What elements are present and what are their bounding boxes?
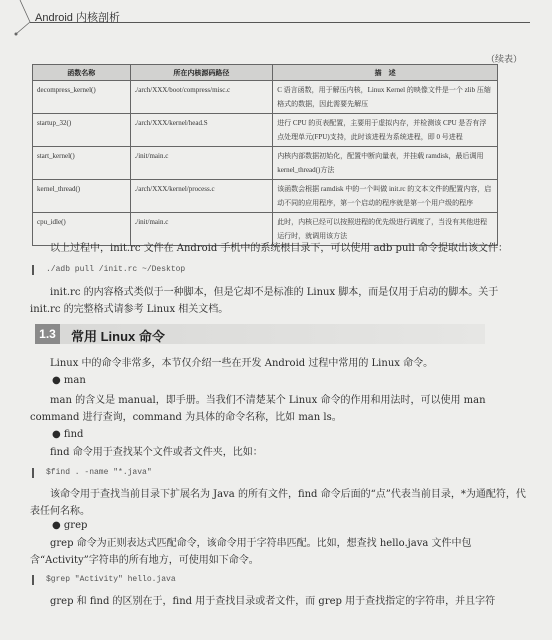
paragraph: grep 和 find 的区别在于，find 用于查找目录或者文件，而 grep… xyxy=(30,593,526,610)
source-path: ./init/main.c xyxy=(130,147,273,180)
code-block: $find . -name "*.java" xyxy=(30,468,542,477)
bullet-label: man xyxy=(64,375,86,386)
description: 内核内部数据初始化，配置中断向量表，并挂载 ramdisk，最后调用 kerne… xyxy=(273,147,498,180)
section-heading: 1.3 常用 Linux 命令 xyxy=(35,324,485,344)
bullet-label: grep xyxy=(64,520,88,531)
function-name: kernel_thread() xyxy=(33,180,131,213)
paragraph: init.rc 的内容格式类似于一种脚本，但是它却不是标准的 Linux 脚本，… xyxy=(30,284,526,318)
bullet-item: ● grep xyxy=(52,520,87,531)
table-header-row: 函数名称 所在内核源码路径 描 述 xyxy=(33,65,498,81)
section-number: 1.3 xyxy=(35,324,60,344)
code-block: $grep "Activity" hello.java xyxy=(30,575,542,584)
page-header: Android 内核剖析 xyxy=(0,0,552,40)
paragraph: man 的含义是 manual，即手册。当我们不清楚某个 Linux 命令的作用… xyxy=(30,392,526,426)
table-row: start_kernel() ./init/main.c 内核内部数据初始化，配… xyxy=(33,147,498,180)
corner-decoration-icon xyxy=(0,0,40,40)
kernel-function-table: 函数名称 所在内核源码路径 描 述 decompress_kernel() ./… xyxy=(32,64,498,246)
section-title: 常用 Linux 命令 xyxy=(71,326,165,345)
bullet-label: find xyxy=(64,429,84,440)
table-row: decompress_kernel() ./arch/XXX/boot/comp… xyxy=(33,81,498,114)
paragraph: 以上过程中，init.rc 文件在 Android 手机中的系统根目录下，可以使… xyxy=(30,240,526,257)
column-header: 函数名称 xyxy=(33,65,131,81)
description: C 语言函数，用于解压内核，Linux Kernel 的映像文件是一个 zlib… xyxy=(273,81,498,114)
function-name: start_kernel() xyxy=(33,147,131,180)
description: 进行 CPU 的页表配置，主要用于虚拟内存，并检测该 CPU 是否有浮点处理单元… xyxy=(273,114,498,147)
table-row: kernel_thread() ./arch/XXX/kernel/proces… xyxy=(33,180,498,213)
paragraph: Linux 中的命令非常多，本节仅介绍一些在开发 Android 过程中常用的 … xyxy=(30,355,526,372)
paragraph: 该命令用于查找当前目录下扩展名为 Java 的所有文件，find 命令后面的“点… xyxy=(30,486,526,520)
column-header: 描 述 xyxy=(273,65,498,81)
column-header: 所在内核源码路径 xyxy=(130,65,273,81)
paragraph: grep 命令为正则表达式匹配命令，该命令用于字符串匹配。比如，想查找 hell… xyxy=(30,535,526,569)
function-name: decompress_kernel() xyxy=(33,81,131,114)
description: 该函数会根据 ramdisk 中的一个叫做 init.rc 的文本文件的配置内容… xyxy=(273,180,498,213)
code-block: ./adb pull /init.rc ~/Desktop xyxy=(30,265,542,274)
table-row: startup_32() ./arch/XXX/kernel/head.S 进行… xyxy=(33,114,498,147)
bullet-item: ● find xyxy=(52,429,83,440)
source-path: ./arch/XXX/boot/compress/misc.c xyxy=(130,81,273,114)
bullet-item: ● man xyxy=(52,375,86,386)
function-name: startup_32() xyxy=(33,114,131,147)
header-rule xyxy=(30,22,530,23)
source-path: ./arch/XXX/kernel/head.S xyxy=(130,114,273,147)
source-path: ./arch/XXX/kernel/process.c xyxy=(130,180,273,213)
paragraph: find 命令用于查找某个文件或者文件夹，比如： xyxy=(30,444,526,461)
